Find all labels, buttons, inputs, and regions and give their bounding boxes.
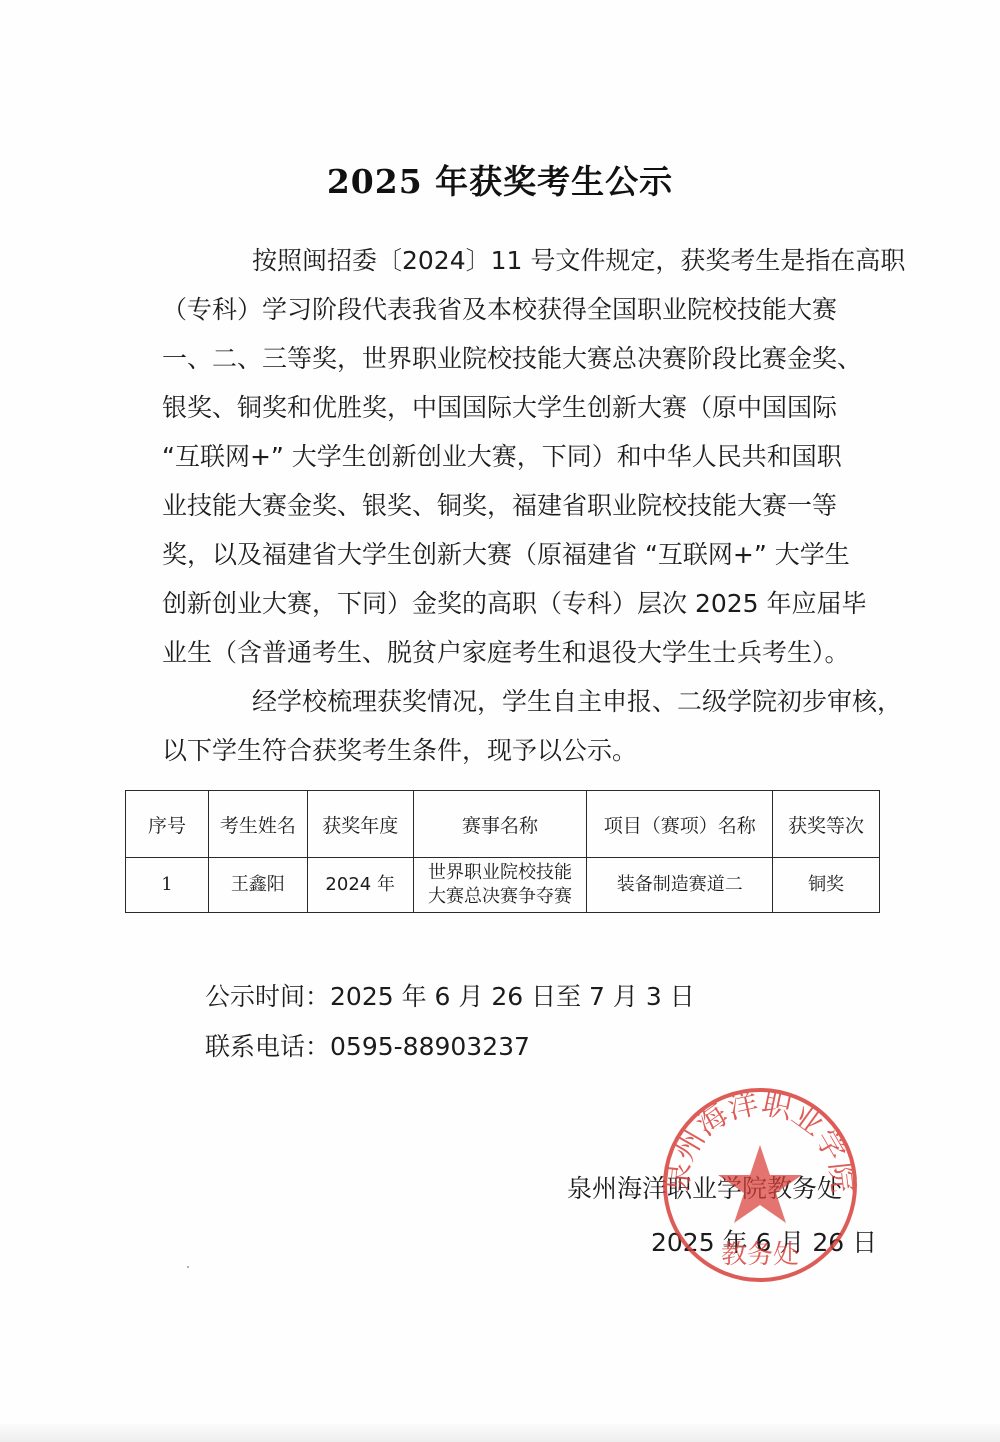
cell-index: 1 bbox=[126, 858, 209, 913]
official-seal-icon: 泉州海洋职业学院 教务处 bbox=[660, 1085, 860, 1285]
paragraph-line: 以下学生符合获奖考生条件，现予以公示。 bbox=[117, 726, 862, 775]
scan-bottom-edge bbox=[0, 1424, 1000, 1442]
contact-phone-label: 联系电话： bbox=[205, 1032, 330, 1061]
paragraph-line: 银奖、铜奖和优胜奖，中国国际大学生创新大赛（原中国国际 bbox=[117, 383, 862, 432]
scan-speck bbox=[187, 1266, 189, 1268]
paragraph-line: 业生（含普通考生、脱贫户家庭考生和退役大学生士兵考生）。 bbox=[117, 628, 862, 677]
paragraph-line: 一、二、三等奖，世界职业院校技能大赛总决赛阶段比赛金奖、 bbox=[117, 334, 862, 383]
paragraph-line: 业技能大赛金奖、银奖、铜奖，福建省职业院校技能大赛一等 bbox=[117, 481, 862, 530]
notice-period-value: 2025 年 6 月 26 日至 7 月 3 日 bbox=[330, 982, 695, 1011]
paragraph-line: “互联网+” 大学生创新创业大赛，下同）和中华人民共和国职 bbox=[117, 432, 862, 481]
paragraph-1: 按照闽招委〔2024〕11 号文件规定，获奖考生是指在高职 （专科）学习阶段代表… bbox=[162, 236, 862, 677]
column-header-name: 考生姓名 bbox=[208, 791, 307, 858]
notice-period-label: 公示时间： bbox=[205, 982, 330, 1011]
cell-project: 装备制造赛道二 bbox=[587, 858, 773, 913]
cell-event-line: 大赛总决赛争夺赛 bbox=[414, 885, 587, 909]
paragraph-line: 创新创业大赛，下同）金奖的高职（专科）层次 2025 年应届毕 bbox=[117, 579, 862, 628]
column-header-level: 获奖等次 bbox=[773, 791, 880, 858]
document-title: 2025 年获奖考生公示 bbox=[0, 156, 1000, 203]
contact-phone-value: 0595-88903237 bbox=[330, 1032, 530, 1061]
paragraph-line: （专科）学习阶段代表我省及本校获得全国职业院校技能大赛 bbox=[117, 285, 862, 334]
awardees-table: 序号 考生姓名 获奖年度 赛事名称 项目（赛项）名称 获奖等次 1 王鑫阳 20… bbox=[125, 790, 880, 913]
notice-info: 公示时间：2025 年 6 月 26 日至 7 月 3 日 联系电话：0595-… bbox=[205, 972, 695, 1072]
contact-phone: 联系电话：0595-88903237 bbox=[205, 1022, 695, 1072]
table-header-row: 序号 考生姓名 获奖年度 赛事名称 项目（赛项）名称 获奖等次 bbox=[126, 791, 880, 858]
paragraph-2: 经学校梳理获奖情况，学生自主申报、二级学院初步审核， 以下学生符合获奖考生条件，… bbox=[162, 677, 862, 775]
column-header-index: 序号 bbox=[126, 791, 209, 858]
column-header-event: 赛事名称 bbox=[413, 791, 587, 858]
cell-event: 世界职业院校技能 大赛总决赛争夺赛 bbox=[413, 858, 587, 913]
column-header-project: 项目（赛项）名称 bbox=[587, 791, 773, 858]
paragraph-line: 奖，以及福建省大学生创新大赛（原福建省 “互联网+” 大学生 bbox=[117, 530, 862, 579]
cell-event-line: 世界职业院校技能 bbox=[414, 861, 587, 885]
cell-level: 铜奖 bbox=[773, 858, 880, 913]
cell-name: 王鑫阳 bbox=[208, 858, 307, 913]
document-page: 2025 年获奖考生公示 按照闽招委〔2024〕11 号文件规定，获奖考生是指在… bbox=[0, 0, 1000, 1442]
column-header-year: 获奖年度 bbox=[307, 791, 413, 858]
paragraph-line: 按照闽招委〔2024〕11 号文件规定，获奖考生是指在高职 bbox=[162, 236, 862, 285]
cell-year: 2024 年 bbox=[307, 858, 413, 913]
document-body: 按照闽招委〔2024〕11 号文件规定，获奖考生是指在高职 （专科）学习阶段代表… bbox=[162, 236, 862, 775]
table-row: 1 王鑫阳 2024 年 世界职业院校技能 大赛总决赛争夺赛 装备制造赛道二 铜… bbox=[126, 858, 880, 913]
seal-subtext: 教务处 bbox=[721, 1240, 799, 1270]
notice-period: 公示时间：2025 年 6 月 26 日至 7 月 3 日 bbox=[205, 972, 695, 1022]
paragraph-line: 经学校梳理获奖情况，学生自主申报、二级学院初步审核， bbox=[162, 677, 862, 726]
